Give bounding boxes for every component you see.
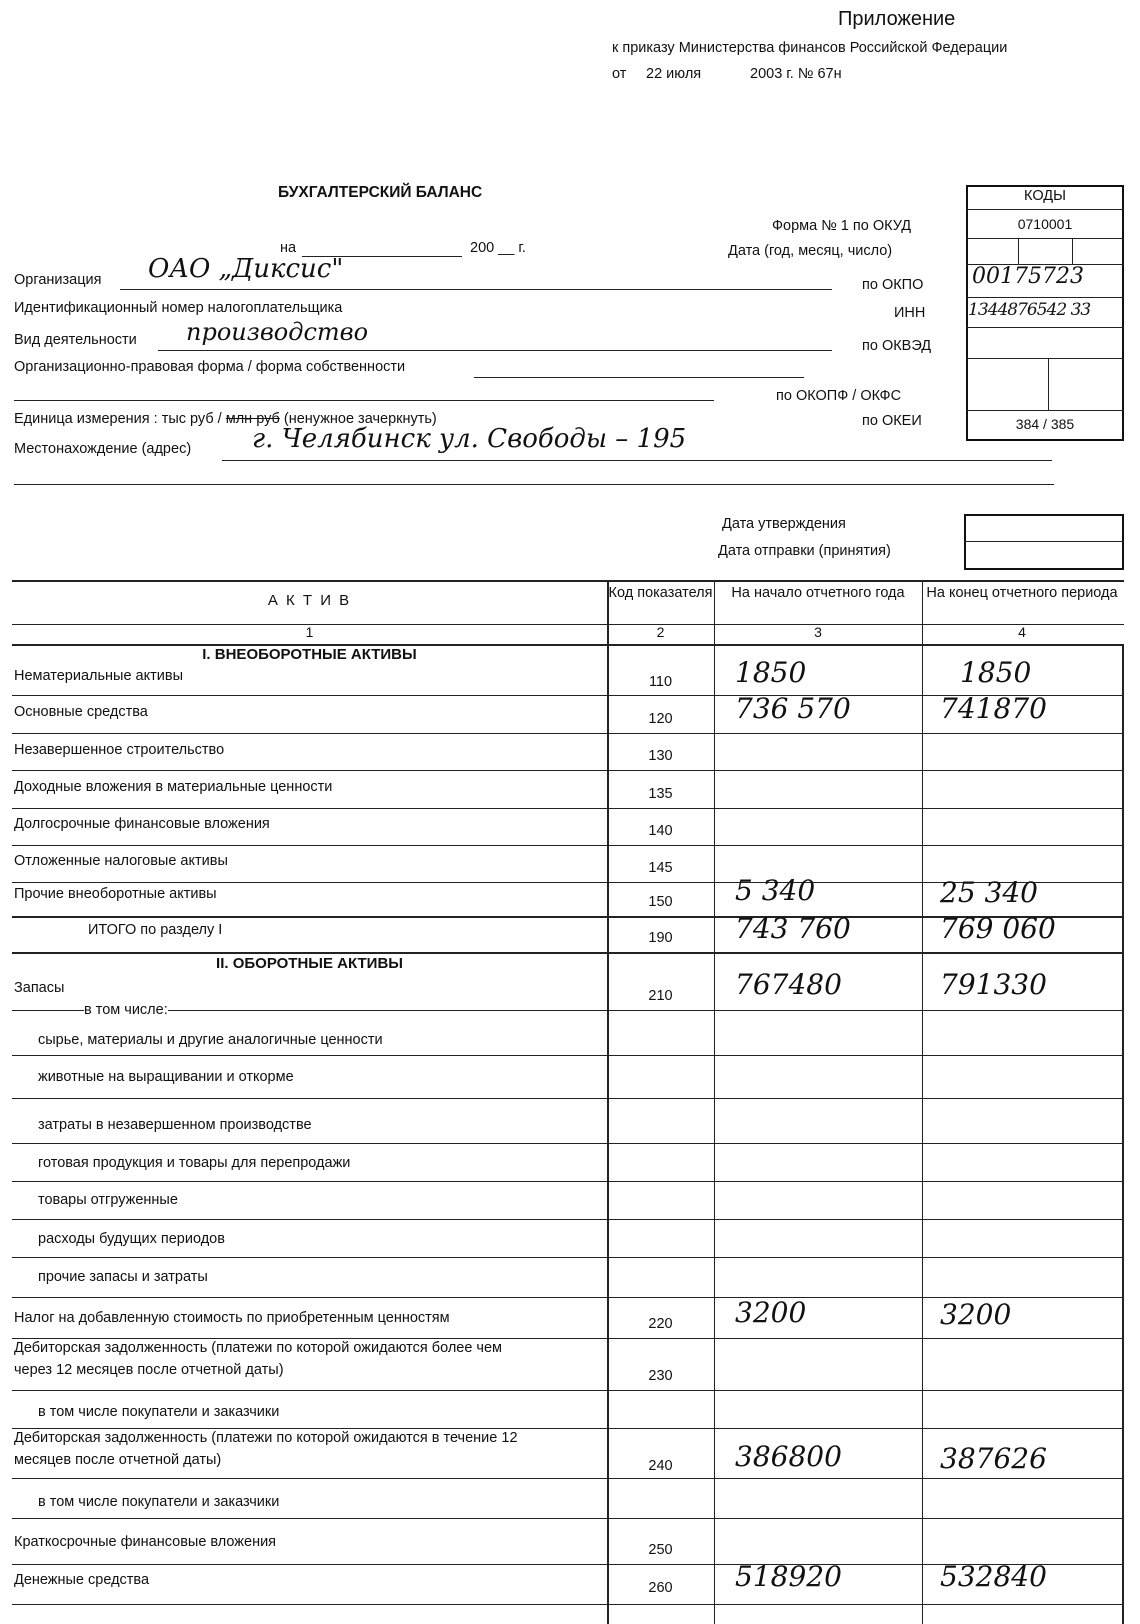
row-190-code: 190 [607, 930, 714, 946]
col-num-2: 2 [607, 624, 714, 640]
okved-label: по ОКВЭД [862, 338, 931, 354]
address-label: Местонахождение (адрес) [14, 441, 191, 457]
row-250-label: Краткосрочные финансовые вложения [14, 1534, 276, 1550]
row-120-code: 120 [607, 711, 714, 727]
okpo-label: по ОКПО [862, 277, 923, 293]
row-220-end[interactable]: 3200 [940, 1298, 1011, 1331]
col-num-1: 1 [12, 624, 607, 640]
row-110-label: Нематериальные активы [14, 668, 183, 684]
legal-form-field-2[interactable] [14, 400, 714, 401]
row-220-label: Налог на добавленную стоимость по приобр… [14, 1310, 450, 1326]
row-120-end[interactable]: 741870 [940, 692, 1047, 725]
row-260-code: 260 [607, 1580, 714, 1596]
activity-field[interactable] [158, 350, 832, 351]
legal-form-label: Организационно-правовая форма / форма со… [14, 359, 405, 375]
col-header-assets: А К Т И В [12, 592, 607, 609]
row-wip-label: затраты в незавершенном производстве [38, 1117, 312, 1133]
row-incl-label: в том числе: [84, 1002, 168, 1018]
row-150-code: 150 [607, 894, 714, 910]
row-140-code: 140 [607, 823, 714, 839]
row-finished-goods-label: готовая продукция и товары для перепрода… [38, 1155, 350, 1171]
activity-value: производство [186, 318, 368, 346]
row-210-start[interactable]: 767480 [735, 968, 842, 1001]
order-date-from: от [612, 66, 626, 82]
row-150-end[interactable]: 25 340 [940, 876, 1038, 909]
org-field[interactable] [120, 289, 832, 290]
row-145-label: Отложенные налоговые активы [14, 853, 228, 869]
dates-box [964, 514, 1124, 570]
row-deferred-expenses-label: расходы будущих периодов [38, 1231, 225, 1247]
legal-form-field[interactable] [474, 377, 804, 378]
row-110-start[interactable]: 1850 [735, 656, 806, 689]
col-header-start-label: На начало отчетного года [731, 585, 904, 601]
sent-date-label: Дата отправки (принятия) [718, 543, 891, 559]
activity-label: Вид деятельности [14, 332, 137, 348]
unit-prefix: Единица измерения : тыс руб / [14, 411, 222, 427]
okopf-label: по ОКОПФ / ОКФС [776, 388, 901, 404]
row-190-start[interactable]: 743 760 [735, 912, 851, 945]
row-130-code: 130 [607, 748, 714, 764]
row-260-start[interactable]: 518920 [735, 1560, 842, 1593]
order-year-number: 2003 г. № 67н [750, 66, 842, 82]
row-210-end[interactable]: 791330 [940, 968, 1047, 1001]
col-header-end-label: На конец отчетного периода [926, 585, 1117, 601]
row-145-code: 145 [607, 860, 714, 876]
row-110-end[interactable]: 1850 [960, 656, 1031, 689]
col-num-3: 3 [714, 624, 922, 640]
row-220-start[interactable]: 3200 [735, 1296, 806, 1329]
approval-date-label: Дата утверждения [722, 516, 846, 532]
row-240-customers-label: в том числе покупатели и заказчики [38, 1494, 279, 1510]
row-130-label: Незавершенное строительство [14, 742, 224, 758]
date-label: Дата (год, месяц, число) [728, 243, 892, 259]
row-110-code: 110 [607, 674, 714, 690]
row-190-label: ИТОГО по разделу I [88, 922, 222, 938]
row-230-label: Дебиторская задолженность (платежи по ко… [14, 1340, 502, 1356]
row-120-start[interactable]: 736 570 [735, 692, 851, 725]
inn-code: 1344876542 33 [968, 300, 1090, 320]
row-260-end[interactable]: 532840 [940, 1560, 1047, 1593]
row-140-label: Долгосрочные финансовые вложения [14, 816, 270, 832]
on-date-year: 200 __ г. [470, 240, 526, 256]
row-260-label: Денежные средства [14, 1572, 149, 1588]
okei-label: по ОКЕИ [862, 413, 922, 429]
codes-header: КОДЫ [966, 188, 1124, 204]
row-135-code: 135 [607, 786, 714, 802]
address-value: г. Челябинск ул. Свободы – 195 [252, 424, 686, 454]
okud-label: Форма № 1 по ОКУД [772, 218, 911, 234]
row-230-code: 230 [607, 1368, 714, 1384]
row-240-code: 240 [607, 1458, 714, 1474]
col-header-start: На начало отчетного года [714, 584, 922, 603]
org-label: Организация [14, 272, 101, 288]
row-240-start[interactable]: 386800 [735, 1440, 842, 1473]
row-raw-materials-label: сырье, материалы и другие аналогичные це… [38, 1032, 383, 1048]
row-120-label: Основные средства [14, 704, 148, 720]
order-date: 22 июля [646, 66, 701, 82]
row-150-start[interactable]: 5 340 [735, 874, 815, 907]
section-1-title: I. ВНЕОБОРОТНЫЕ АКТИВЫ [12, 646, 607, 663]
order-line: к приказу Министерства финансов Российск… [612, 40, 1007, 56]
row-240-end[interactable]: 387626 [940, 1442, 1047, 1475]
row-150-label: Прочие внеоборотные активы [14, 886, 217, 902]
row-230-customers-label: в том числе покупатели и заказчики [38, 1404, 279, 1420]
col-header-code: Код показателя [607, 584, 714, 603]
row-220-code: 220 [607, 1316, 714, 1332]
inn-field-label: Идентификационный номер налогоплательщик… [14, 300, 342, 316]
col-header-code-label: Код показателя [609, 585, 713, 601]
row-shipped-goods-label: товары отгруженные [38, 1192, 178, 1208]
inn-label: ИНН [894, 305, 925, 321]
row-210-code: 210 [607, 988, 714, 1004]
row-190-end[interactable]: 769 060 [940, 912, 1056, 945]
okei-code: 384 / 385 [966, 416, 1124, 432]
appendix-title: Приложение [838, 8, 955, 31]
okpo-code: 00175723 [972, 264, 1084, 289]
form-title: БУХГАЛТЕРСКИЙ БАЛАНС [278, 184, 482, 202]
row-240-label-2: месяцев после отчетной даты) [14, 1452, 221, 1468]
row-230-label-2: через 12 месяцев после отчетной даты) [14, 1362, 284, 1378]
row-135-label: Доходные вложения в материальные ценност… [14, 779, 332, 795]
row-animals-label: животные на выращивании и откорме [38, 1069, 294, 1085]
okud-code: 0710001 [966, 216, 1124, 232]
row-240-label: Дебиторская задолженность (платежи по ко… [14, 1430, 518, 1446]
row-250-code: 250 [607, 1542, 714, 1558]
address-field[interactable] [222, 460, 1052, 461]
section-2-title: II. ОБОРОТНЫЕ АКТИВЫ [12, 955, 607, 972]
row-other-stocks-label: прочие запасы и затраты [38, 1269, 208, 1285]
col-header-end: На конец отчетного периода [922, 584, 1122, 603]
org-value: ОАО „Диксис" [148, 254, 343, 284]
col-num-4: 4 [922, 624, 1122, 640]
row-210-label: Запасы [14, 980, 64, 996]
